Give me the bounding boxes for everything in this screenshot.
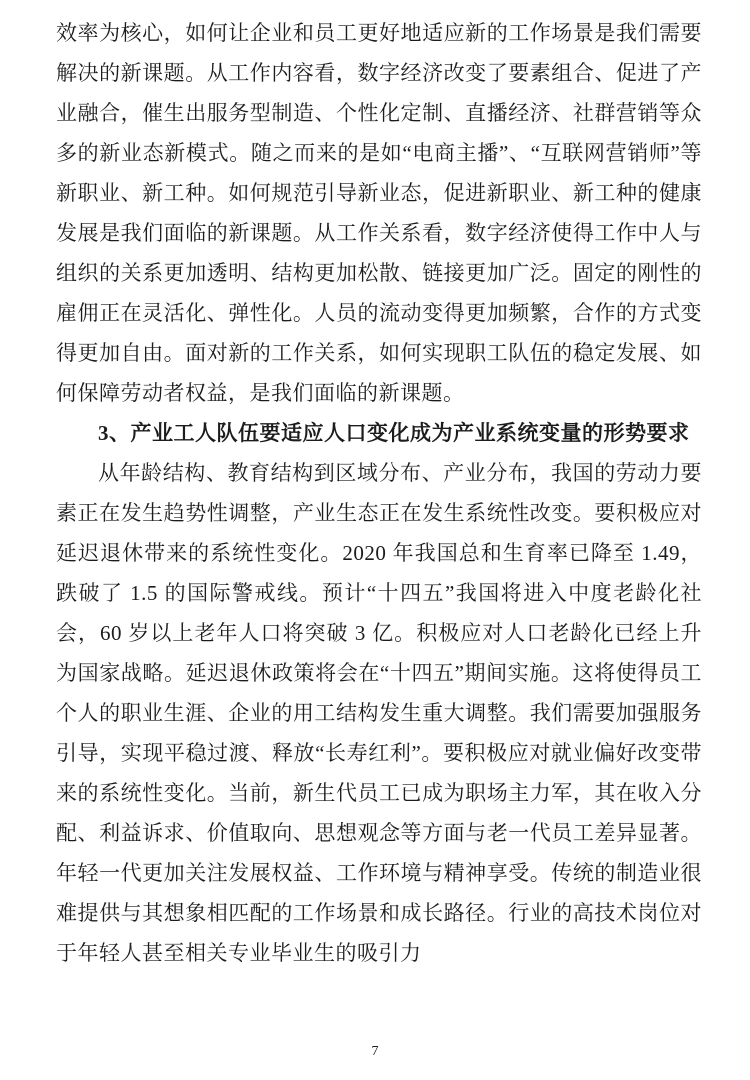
section-heading-3: 3、产业工人队伍要适应人口变化成为产业系统变量的形势要求 xyxy=(56,413,702,453)
document-page: 效率为核心，如何让企业和员工更好地适应新的工作场景是我们需要解决的新课题。从工作… xyxy=(0,0,750,1080)
paragraph-population-change: 从年龄结构、教育结构到区域分布、产业分布，我国的劳动力要素正在发生趋势性调整，产… xyxy=(56,453,702,973)
document-body: 效率为核心，如何让企业和员工更好地适应新的工作场景是我们需要解决的新课题。从工作… xyxy=(56,13,702,973)
page-number: 7 xyxy=(0,1042,750,1062)
paragraph-work-scene: 效率为核心，如何让企业和员工更好地适应新的工作场景是我们需要解决的新课题。从工作… xyxy=(56,13,702,413)
